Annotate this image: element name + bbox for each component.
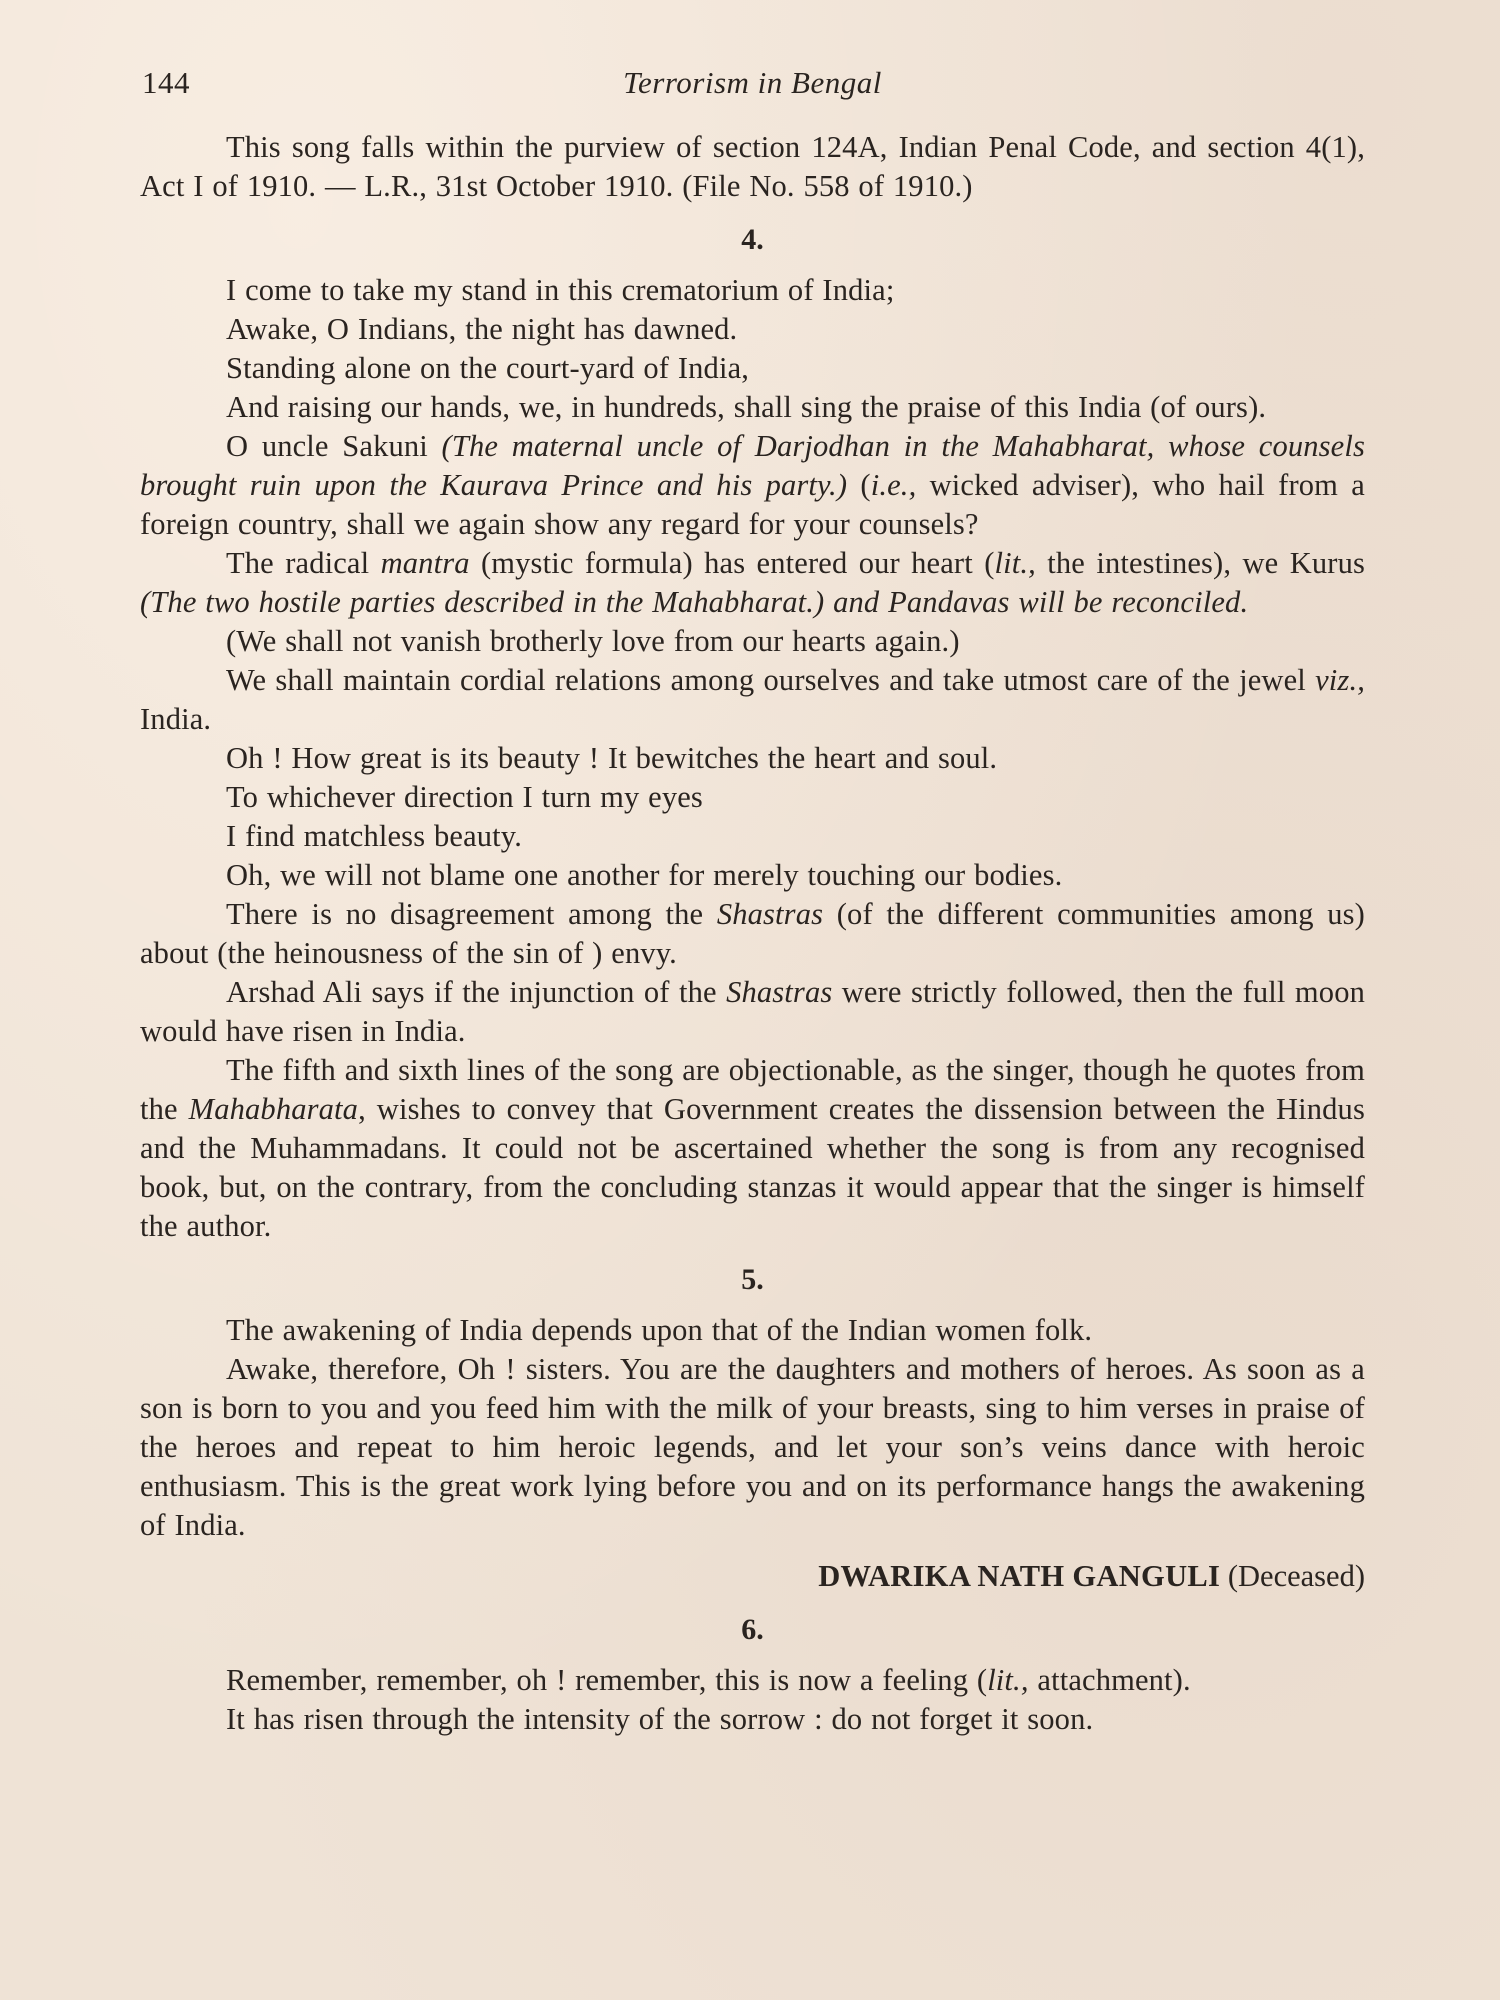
paragraph: Oh, we will not blame one another for me… bbox=[140, 856, 1365, 895]
paragraph: Remember, remember, oh ! remember, this … bbox=[140, 1661, 1365, 1700]
text-run: Oh, we will not blame one another for me… bbox=[226, 858, 1062, 892]
text-run: Remember, remember, oh ! remember, this … bbox=[226, 1663, 987, 1697]
text-run: The radical bbox=[226, 546, 381, 580]
text-run: the intestines), we Kurus bbox=[1036, 546, 1365, 580]
paragraph: We shall maintain cordial relations amon… bbox=[140, 661, 1365, 739]
paragraph: Oh ! How great is its beauty ! It bewitc… bbox=[140, 739, 1365, 778]
paragraph: This song falls within the purview of se… bbox=[140, 128, 1365, 206]
text-run: It has risen through the intensity of th… bbox=[226, 1702, 1093, 1736]
italic-text: mantra bbox=[381, 546, 470, 580]
author-note: (Deceased) bbox=[1220, 1559, 1365, 1593]
text-run: attachment). bbox=[1029, 1663, 1191, 1697]
section-number: 6. bbox=[140, 1610, 1365, 1649]
section-number: 5. bbox=[140, 1260, 1365, 1299]
paragraph: Arshad Ali says if the injunction of the… bbox=[140, 973, 1365, 1051]
paragraph: Awake, O Indians, the night has dawned. bbox=[140, 310, 1365, 349]
text-run: Standing alone on the court-yard of Indi… bbox=[226, 351, 749, 385]
italic-text: Mahabharata bbox=[189, 1092, 358, 1126]
text-run: To whichever direction I turn my eyes bbox=[226, 780, 703, 814]
text-run: I come to take my stand in this cremator… bbox=[226, 273, 894, 307]
italic-text: (The two hostile parties described in th… bbox=[140, 585, 1248, 619]
paragraph: Awake, therefore, Oh ! sisters. You are … bbox=[140, 1350, 1365, 1545]
text-run: Awake, O Indians, the night has dawned. bbox=[226, 312, 737, 346]
paragraph: I find matchless beauty. bbox=[140, 817, 1365, 856]
paragraph: Standing alone on the court-yard of Indi… bbox=[140, 349, 1365, 388]
body-text: This song falls within the purview of se… bbox=[140, 128, 1365, 1739]
italic-text: lit., bbox=[995, 546, 1036, 580]
text-run: (We shall not vanish brotherly love from… bbox=[226, 624, 960, 658]
text-run: The awakening of India depends upon that… bbox=[226, 1313, 1092, 1347]
paragraph: O uncle Sakuni (The maternal uncle of Da… bbox=[140, 427, 1365, 544]
paragraph: (We shall not vanish brotherly love from… bbox=[140, 622, 1365, 661]
text-run: This song falls within the purview of se… bbox=[140, 130, 1365, 203]
italic-text: viz., bbox=[1315, 663, 1365, 697]
text-run: ( bbox=[847, 468, 871, 502]
text-run: I find matchless beauty. bbox=[226, 819, 522, 853]
section-number: 4. bbox=[140, 220, 1365, 259]
text-run: We shall maintain cordial relations amon… bbox=[226, 663, 1315, 697]
paragraph: I come to take my stand in this cremator… bbox=[140, 271, 1365, 310]
book-page: 144 Terrorism in Bengal This song falls … bbox=[140, 58, 1365, 1739]
paragraph: To whichever direction I turn my eyes bbox=[140, 778, 1365, 817]
paragraph: The radical mantra (mystic formula) has … bbox=[140, 544, 1365, 622]
text-run: Awake, therefore, Oh ! sisters. You are … bbox=[140, 1352, 1365, 1542]
text-run: (mystic formula) has entered our heart ( bbox=[470, 546, 995, 580]
text-run: And raising our hands, we, in hundreds, … bbox=[226, 390, 1266, 424]
italic-text: Shastras bbox=[726, 975, 832, 1009]
text-run: Oh ! How great is its beauty ! It bewitc… bbox=[226, 741, 997, 775]
italic-text: i.e., bbox=[871, 468, 917, 502]
author-name: DWARIKA NATH GANGULI bbox=[818, 1559, 1220, 1593]
paragraph: And raising our hands, we, in hundreds, … bbox=[140, 388, 1365, 427]
text-run: O uncle Sakuni bbox=[226, 429, 442, 463]
text-run: India. bbox=[140, 702, 211, 736]
running-title: Terrorism in Bengal bbox=[140, 58, 1365, 108]
text-run: Arshad Ali says if the injunction of the bbox=[226, 975, 726, 1009]
text-run: There is no disagreement among the bbox=[226, 897, 717, 931]
paragraph: There is no disagreement among the Shast… bbox=[140, 895, 1365, 973]
paragraph: It has risen through the intensity of th… bbox=[140, 1700, 1365, 1739]
paragraph: The fifth and sixth lines of the song ar… bbox=[140, 1051, 1365, 1246]
paragraph: The awakening of India depends upon that… bbox=[140, 1311, 1365, 1350]
author-signature: DWARIKA NATH GANGULI (Deceased) bbox=[140, 1557, 1365, 1596]
running-head: 144 Terrorism in Bengal bbox=[140, 58, 1365, 108]
italic-text: lit., bbox=[987, 1663, 1028, 1697]
italic-text: Shastras bbox=[717, 897, 823, 931]
